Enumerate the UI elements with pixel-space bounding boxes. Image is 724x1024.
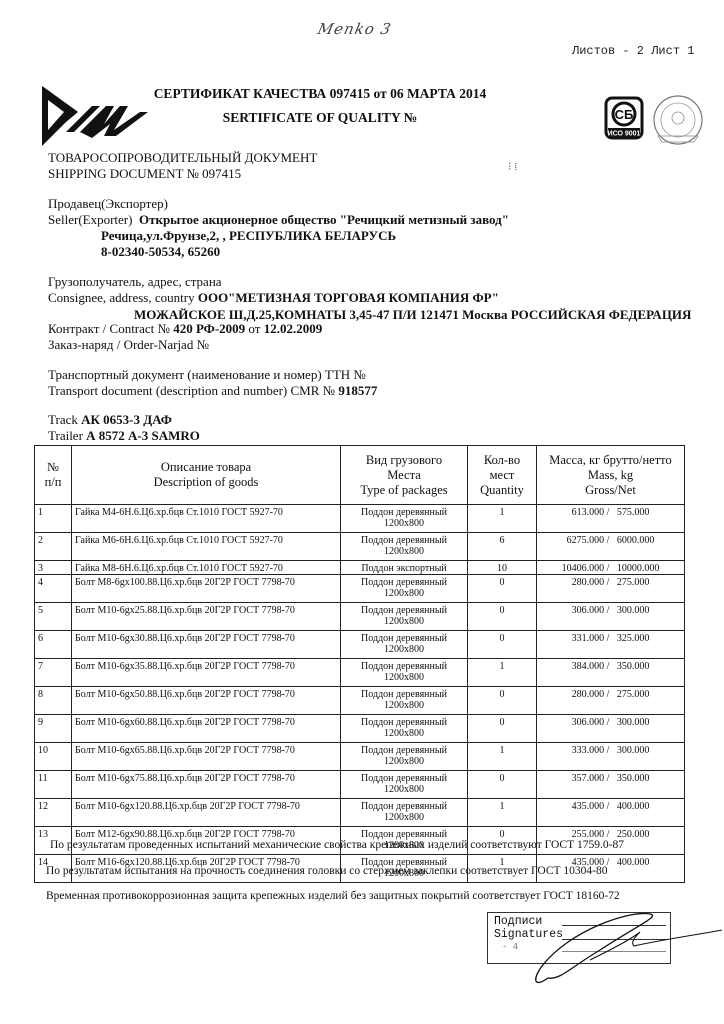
net-mass: 10000.000: [617, 563, 660, 574]
transport-row: Transport document (description and numb…: [48, 383, 377, 399]
seller-phone: 8-02340-50534, 65260: [101, 244, 220, 260]
row-number: 4: [35, 575, 72, 603]
row-package-type: Поддон деревянный1200x800: [341, 743, 468, 771]
net-mass: 350.000: [617, 773, 650, 784]
table-row: 4Болт М8-6gx100.88.Ц6.хр.бцв 20Г2Р ГОСТ …: [35, 575, 685, 603]
net-mass: 350.000: [617, 661, 650, 672]
seller-address: Речица,ул.Фрунзе,2, , РЕСПУБЛИКА БЕЛАРУС…: [101, 228, 396, 244]
contract-from: от: [248, 321, 260, 336]
row-package-type: Поддон деревянный1200x800: [341, 799, 468, 827]
header-quantity: Кол-воместQuantity: [468, 446, 537, 505]
header-num: №п/п: [35, 446, 72, 505]
company-logo-icon: [36, 82, 156, 148]
test-note-1: По результатам проведенных испытаний мех…: [50, 839, 624, 851]
row-mass: 613.000 / 575.000: [537, 505, 685, 533]
certificate-title-ru: СЕРТИФИКАТ КАЧЕСТВА 097415 от 06 МАРТА 2…: [140, 86, 500, 102]
gross-mass: 306.000: [572, 605, 605, 616]
row-mass: 10406.000 / 10000.000: [537, 561, 685, 575]
table-row: 10Болт М10-6gx65.88.Ц6.хр.бцв 20Г2Р ГОСТ…: [35, 743, 685, 771]
row-description: Болт М10-6gx35.88.Ц6.хр.бцв 20Г2Р ГОСТ 7…: [72, 659, 341, 687]
trailer-label: Trailer: [48, 428, 83, 443]
row-number: 8: [35, 687, 72, 715]
row-number: 9: [35, 715, 72, 743]
handwritten-note: Menko 3: [316, 20, 393, 38]
transport-label-en: Transport document (description and numb…: [48, 383, 335, 398]
table-header-row: №п/п Описание товараDescription of goods…: [35, 446, 685, 505]
test-note-3: Временная противокоррозионная защита кре…: [46, 890, 620, 902]
seller-row: Seller(Exporter) Открытое акционерное об…: [48, 212, 509, 228]
gross-mass: 280.000: [572, 689, 605, 700]
net-mass: 400.000: [617, 801, 650, 812]
row-package-type: Поддон деревянный1200x800: [341, 603, 468, 631]
row-quantity: 0: [468, 603, 537, 631]
row-quantity: 0: [468, 771, 537, 799]
row-package-type: Поддон деревянный1200x800: [341, 659, 468, 687]
table-row: 5Болт М10-6gx25.88.Ц6.хр.бцв 20Г2Р ГОСТ …: [35, 603, 685, 631]
track-label: Track: [48, 412, 78, 427]
row-description: Болт М10-6gx75.88.Ц6.хр.бцв 20Г2Р ГОСТ 7…: [72, 771, 341, 799]
net-mass: 6000.000: [617, 535, 655, 546]
row-number: 2: [35, 533, 72, 561]
goods-table: №п/п Описание товараDescription of goods…: [34, 445, 685, 883]
row-package-type: Поддон деревянный1200x800: [341, 575, 468, 603]
sheet-count: Листов - 2 Лист 1: [572, 44, 694, 58]
row-mass: 331.000 / 325.000: [537, 631, 685, 659]
gross-mass: 613.000: [572, 507, 605, 518]
row-number: 11: [35, 771, 72, 799]
row-mass: 306.000 / 300.000: [537, 603, 685, 631]
row-quantity: 0: [468, 575, 537, 603]
row-mass: 280.000 / 275.000: [537, 575, 685, 603]
row-quantity: 0: [468, 715, 537, 743]
contract-date: 12.02.2009: [264, 321, 323, 336]
table-row: 12Болт М10-6gx120.88.Ц6.хр.бцв 20Г2Р ГОС…: [35, 799, 685, 827]
row-description: Болт М10-6gx65.88.Ц6.хр.бцв 20Г2Р ГОСТ 7…: [72, 743, 341, 771]
gross-mass: 10406.000: [562, 563, 605, 574]
row-description: Болт М10-6gx50.88.Ц6.хр.бцв 20Г2Р ГОСТ 7…: [72, 687, 341, 715]
table-row: 1Гайка М4-6Н.6.Ц6.хр.бцв Ст.1010 ГОСТ 59…: [35, 505, 685, 533]
net-mass: 300.000: [617, 717, 650, 728]
row-package-type: Поддон деревянный1200x800: [341, 771, 468, 799]
row-number: 10: [35, 743, 72, 771]
net-mass: 400.000: [617, 857, 650, 868]
row-number: 3: [35, 561, 72, 575]
row-quantity: 1: [468, 799, 537, 827]
row-number: 6: [35, 631, 72, 659]
row-quantity: 0: [468, 631, 537, 659]
consignee-name: ООО"МЕТИЗНАЯ ТОРГОВАЯ КОМПАНИЯ ФР": [198, 290, 499, 305]
row-quantity: 1: [468, 743, 537, 771]
net-mass: 300.000: [617, 605, 650, 616]
row-quantity: 10: [468, 561, 537, 575]
gross-mass: 280.000: [572, 577, 605, 588]
row-mass: 357.000 / 350.000: [537, 771, 685, 799]
row-mass: 306.000 / 300.000: [537, 715, 685, 743]
row-quantity: 1: [468, 659, 537, 687]
seller-label-en: Seller(Exporter): [48, 212, 132, 227]
consignee-label-ru: Грузополучатель, адрес, страна: [48, 274, 222, 290]
net-mass: 275.000: [617, 577, 650, 588]
gross-mass: 435.000: [572, 801, 605, 812]
order-label: Заказ-наряд / Order-Narjad №: [48, 337, 209, 353]
row-number: 1: [35, 505, 72, 533]
net-mass: 275.000: [617, 689, 650, 700]
gross-mass: 306.000: [572, 717, 605, 728]
row-quantity: 6: [468, 533, 537, 561]
row-description: Болт М10-6gx25.88.Ц6.хр.бцв 20Г2Р ГОСТ 7…: [72, 603, 341, 631]
track-row: Track АК 0653-3 ДАФ: [48, 412, 172, 428]
certificate-title-en: SERTIFICATE OF QUALITY №: [140, 110, 500, 126]
row-number: 12: [35, 799, 72, 827]
certification-stamps-icon: СБ ИСО 9001: [604, 92, 722, 156]
contract-row: Контракт / Contract № 420 РФ-2009 от 12.…: [48, 321, 322, 337]
consignee-label-en: Consignee, address, country: [48, 290, 195, 305]
row-quantity: 0: [468, 687, 537, 715]
header-packages: Вид грузовогоМестаType of packages: [341, 446, 468, 505]
row-package-type: Поддон деревянный1200x800: [341, 533, 468, 561]
row-number: 7: [35, 659, 72, 687]
net-mass: 300.000: [617, 745, 650, 756]
row-mass: 6275.000 / 6000.000: [537, 533, 685, 561]
table-row: 6Болт М10-6gx30.88.Ц6.хр.бцв 20Г2Р ГОСТ …: [35, 631, 685, 659]
consignee-row: Consignee, address, country ООО"МЕТИЗНАЯ…: [48, 290, 499, 306]
transport-label-ru: Транспортный документ (наименование и но…: [48, 367, 366, 383]
table-row: 7Болт М10-6gx35.88.Ц6.хр.бцв 20Г2Р ГОСТ …: [35, 659, 685, 687]
row-package-type: Поддон деревянный1200x800: [341, 631, 468, 659]
gross-mass: 384.000: [572, 661, 605, 672]
table-row: 8Болт М10-6gx50.88.Ц6.хр.бцв 20Г2Р ГОСТ …: [35, 687, 685, 715]
scan-mark: ⁝ ⁞: [508, 160, 517, 173]
svg-text:ИСО 9001: ИСО 9001: [608, 131, 641, 138]
row-package-type: Поддон деревянный1200x800: [341, 687, 468, 715]
row-description: Болт М10-6gx120.88.Ц6.хр.бцв 20Г2Р ГОСТ …: [72, 799, 341, 827]
row-mass: 333.000 / 300.000: [537, 743, 685, 771]
svg-text:СБ: СБ: [615, 107, 634, 122]
gross-mass: 333.000: [572, 745, 605, 756]
row-package-type: Поддон деревянный1200x800: [341, 505, 468, 533]
seller-label-ru: Продавец(Экспортер): [48, 196, 168, 212]
signature-mark: - 4: [502, 941, 518, 954]
gross-mass: 6275.000: [567, 535, 605, 546]
test-note-2: По результатам испытания на прочность со…: [46, 865, 608, 877]
row-description: Гайка М4-6Н.6.Ц6.хр.бцв Ст.1010 ГОСТ 592…: [72, 505, 341, 533]
row-description: Болт М10-6gx60.88.Ц6.хр.бцв 20Г2Р ГОСТ 7…: [72, 715, 341, 743]
row-mass: 384.000 / 350.000: [537, 659, 685, 687]
seller-name: Открытое акционерное общество "Речицкий …: [139, 212, 509, 227]
header-description: Описание товараDescription of goods: [72, 446, 341, 505]
row-mass: 435.000 / 400.000: [537, 799, 685, 827]
table-row: 11Болт М10-6gx75.88.Ц6.хр.бцв 20Г2Р ГОСТ…: [35, 771, 685, 799]
trailer-row: Trailer А 8572 А-3 SAMRO: [48, 428, 200, 444]
row-description: Болт М10-6gx30.88.Ц6.хр.бцв 20Г2Р ГОСТ 7…: [72, 631, 341, 659]
table-row: 9Болт М10-6gx60.88.Ц6.хр.бцв 20Г2Р ГОСТ …: [35, 715, 685, 743]
shipping-doc-label-ru: ТОВАРОСОПРОВОДИТЕЛЬНЫЙ ДОКУМЕНТ: [48, 150, 317, 166]
row-package-type: Поддон экспортный: [341, 561, 468, 575]
row-number: 5: [35, 603, 72, 631]
gross-mass: 357.000: [572, 773, 605, 784]
contract-number: 420 РФ-2009: [173, 321, 245, 336]
table-row: 3Гайка М8-6Н.6.Ц6.хр.бцв Ст.1010 ГОСТ 59…: [35, 561, 685, 575]
row-description: Болт М8-6gx100.88.Ц6.хр.бцв 20Г2Р ГОСТ 7…: [72, 575, 341, 603]
gross-mass: 331.000: [572, 633, 605, 644]
net-mass: 325.000: [617, 633, 650, 644]
table-row: 2Гайка М6-6Н.6.Ц6.хр.бцв Ст.1010 ГОСТ 59…: [35, 533, 685, 561]
header-mass: Масса, кг брутто/неттоMass, kgGross/Net: [537, 446, 685, 505]
row-description: Гайка М6-6Н.6.Ц6.хр.бцв Ст.1010 ГОСТ 592…: [72, 533, 341, 561]
shipping-doc-label-en: SHIPPING DOCUMENT № 097415: [48, 166, 241, 182]
signature-scribble-icon: [530, 910, 724, 990]
contract-label: Контракт / Contract №: [48, 321, 170, 336]
cmr-number: 918577: [338, 383, 377, 398]
row-quantity: 1: [468, 505, 537, 533]
row-description: Гайка М8-6Н.6.Ц6.хр.бцв Ст.1010 ГОСТ 592…: [72, 561, 341, 575]
net-mass: 575.000: [617, 507, 650, 518]
row-package-type: Поддон деревянный1200x800: [341, 715, 468, 743]
track-value: АК 0653-3 ДАФ: [81, 412, 172, 427]
trailer-value: А 8572 А-3 SAMRO: [86, 428, 200, 443]
row-mass: 280.000 / 275.000: [537, 687, 685, 715]
